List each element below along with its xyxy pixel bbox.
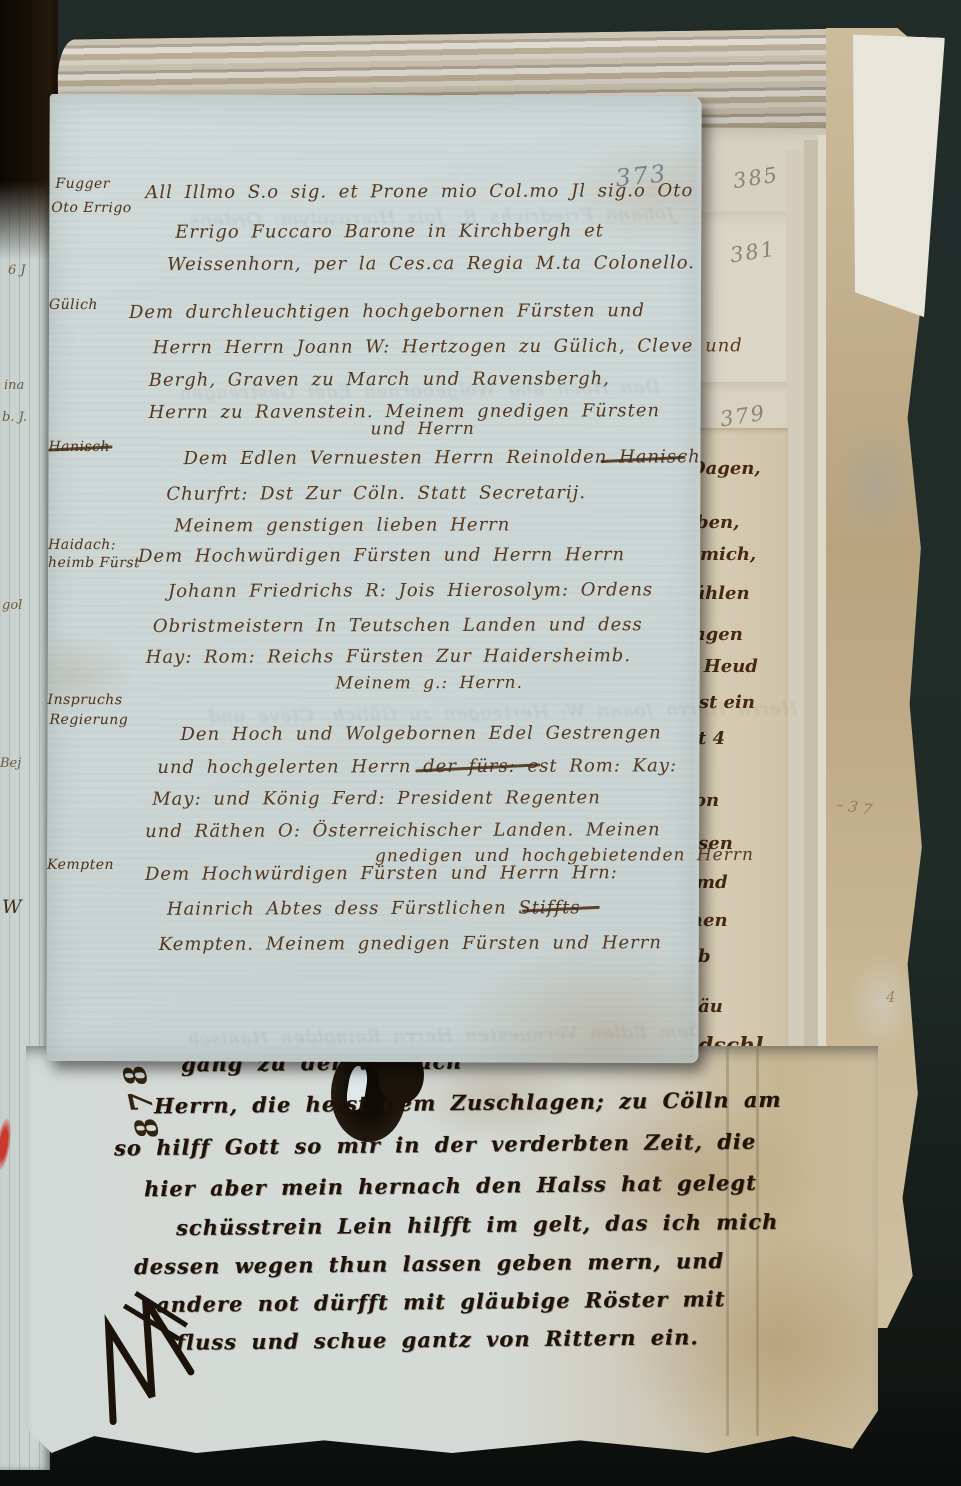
faint-mark: – 3 7 <box>835 795 874 819</box>
address-line: Dem Hochwürdigen Fürsten und Herrn Herrn <box>138 544 625 567</box>
address-line: Churfrt: Dst Zur Cöln. Statt Secretarij. <box>166 482 586 504</box>
manuscript-line: dessen wegen thun lassen geben mern, und <box>134 1248 724 1279</box>
left-edge-fragment: ina <box>4 378 24 393</box>
left-edge-fragment: Bej <box>0 756 21 771</box>
ink-scribble-mark <box>61 1263 231 1439</box>
address-line: Dem durchleuchtigen hochgebornen Fürsten… <box>129 300 645 323</box>
left-edge-fragment: b. J. <box>2 410 27 425</box>
address-line: Dem Edlen Vernuesten Herrn Reinolden Han… <box>183 446 700 469</box>
manuscript-line: andere not dürfft mit gläubige Röster mi… <box>156 1286 726 1317</box>
manuscript-line: hier aber mein hernach den Halss hat gel… <box>144 1170 757 1201</box>
address-line: und Räthen O: Österreichischer Landen. M… <box>145 819 661 842</box>
manuscript-page-lower: 878 gang zu der von uch Herrn, die heist… <box>26 1046 878 1470</box>
margin-keyword: Gülich <box>49 297 98 313</box>
address-line: May: und König Ferd: President Regenten <box>152 787 601 810</box>
manuscript-line: fluss und schue gantz von Rittern ein. <box>176 1324 699 1354</box>
text-fragment: md <box>696 872 728 893</box>
margin-keyword: Oto Errigo <box>51 200 132 216</box>
page-number-385: 385 <box>731 163 780 194</box>
left-edge-fragment: gol <box>2 598 22 613</box>
underlying-page-text-edge: Dagen, ben, mich, ühlen agen r Heud ist … <box>688 428 788 1078</box>
margin-keyword: heimb Fürst <box>48 555 140 571</box>
text-fragment: ben, <box>696 512 739 533</box>
address-line: Hainrich Abtes dess Fürstlichen Stiffts <box>167 897 581 919</box>
text-fragment: agen <box>694 624 743 645</box>
margin-keyword: Inspruchs <box>48 692 123 708</box>
text-fragment: ühlen <box>692 583 750 604</box>
address-line: Obristmeistern In Teutschen Landen und d… <box>153 614 643 637</box>
page-number-379: 379 <box>718 401 767 432</box>
faint-mark: 4 <box>886 988 896 1006</box>
bleedthrough-text: Dem Edlen Vernuesten Herrn Reinolden Han… <box>186 1022 704 1050</box>
address-line: Bergh, Graven zu March und Ravensbergh, <box>149 368 610 391</box>
address-line: Errigo Fuccaro Barone in Kirchbergh et <box>175 220 604 242</box>
address-line: Den Hoch und Wolgebornen Edel Gestrengen <box>180 722 661 745</box>
margin-keyword: Fugger <box>55 176 110 192</box>
page-edge <box>786 150 804 1200</box>
manuscript-line: so hilff Gott so mir in der verderbten Z… <box>114 1129 756 1161</box>
left-edge-fragment: 6 J <box>8 263 26 278</box>
manuscript-page-373: 373 Johann Friedrichs R: Jois Hierosolym… <box>46 94 701 1063</box>
address-line: und Herrn <box>370 419 474 439</box>
margin-keyword: Haidach: <box>48 537 116 553</box>
page-number-381: 381 <box>728 237 777 268</box>
address-line: Meinem genstigen lieben Herrn <box>174 514 510 536</box>
text-fragment: t 4 <box>698 728 725 749</box>
margin-keyword: Kempten <box>47 857 114 873</box>
manuscript-line: Herrn, die heist dem Zuschlagen; zu Cöll… <box>154 1087 782 1119</box>
address-line: All Illmo S.o sig. et Prone mio Col.mo J… <box>145 180 693 203</box>
address-line: und hochgelerten Herrn der fürs: est Rom… <box>157 755 677 778</box>
text-fragment: b <box>698 946 711 967</box>
address-line: Weissenhorn, per la Ces.ca Regia M.ta Co… <box>167 252 695 275</box>
manuscript-photo: 6 J ina b. J. gol Bej W 385 381 379 – 3 … <box>0 0 961 1486</box>
margin-keyword: Regierung <box>49 712 128 728</box>
address-line: Herrn Herrn Joann W: Hertzogen zu Gülich… <box>153 335 743 358</box>
address-line: Johann Friedrichs R: Jois Hierosolym: Or… <box>168 579 653 602</box>
address-line: Dem Hochwürdigen Fürsten und Herrn Hrn: <box>145 862 618 885</box>
address-line: Meinem g.: Herrn. <box>336 673 523 694</box>
folded-sheet-corner <box>843 34 945 317</box>
manuscript-line: schüsstrein Lein hilfft im gelt, das ich… <box>176 1209 779 1240</box>
text-fragment: mich, <box>700 544 756 565</box>
address-line: Hay: Rom: Reichs Fürsten Zur Haidersheim… <box>146 645 631 668</box>
left-edge-fragment: W <box>2 896 22 918</box>
address-line: Kempten. Meinem gnedigen Fürsten und Her… <box>159 932 662 955</box>
